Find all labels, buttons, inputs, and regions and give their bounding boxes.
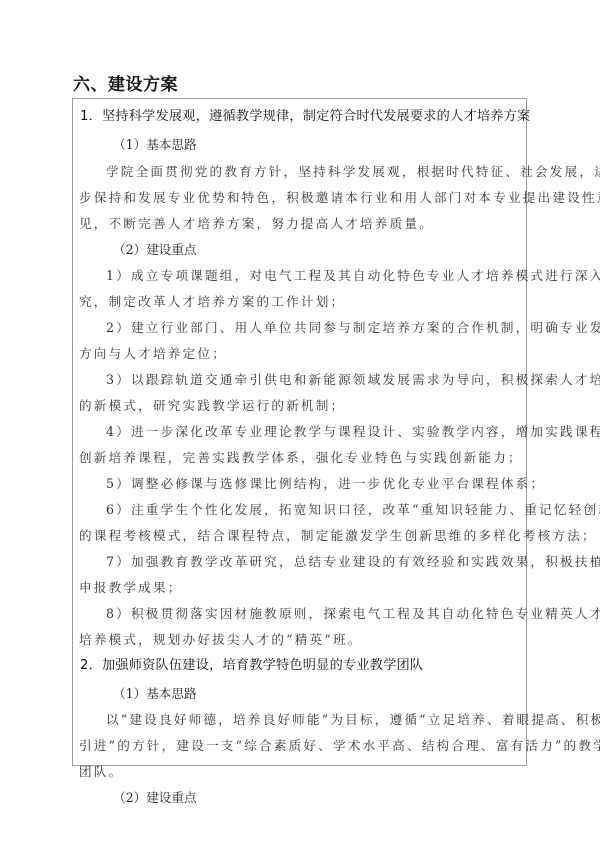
list-item-cont: 究，制定改革人才培养方案的工作计划； — [73, 291, 526, 310]
section-title: 六、建设方案 — [73, 70, 178, 95]
paragraph-line: 团队。 — [73, 761, 526, 780]
section-2-sub1-title: （1）基本思路 — [73, 683, 526, 702]
list-item: 7）加强教育教学改革研究，总结专业建设的有效经验和实践效果，积极扶植和 — [73, 551, 526, 570]
list-item: 5）调整必修课与选修课比例结构，进一步优化专业平台课程体系； — [73, 473, 526, 492]
list-item-cont: 创新培养课程，完善实践教学体系，强化专业特色与实践创新能力； — [73, 447, 526, 466]
section-1-heading: 1．坚持科学发展观，遵循教学规律，制定符合时代发展要求的人才培养方案 — [73, 105, 526, 124]
content-box: 1．坚持科学发展观，遵循教学规律，制定符合时代发展要求的人才培养方案 （1）基本… — [72, 98, 527, 766]
paragraph-line: 步保持和发展专业优势和特色，积极邀请本行业和用人部门对本专业提出建设性意 — [73, 187, 526, 206]
list-item-cont: 申报教学成果； — [73, 577, 526, 596]
list-item: 2）建立行业部门、用人单位共同参与制定培养方案的合作机制，明确专业发展 — [73, 317, 526, 336]
list-item: 3）以跟踪轨道交通牵引供电和新能源领域发展需求为导向，积极探索人才培养 — [73, 369, 526, 388]
paragraph-line: 学院全面贯彻党的教育方针，坚持科学发展观，根据时代特征、社会发展，进一 — [73, 161, 526, 180]
section-1-sub1-title: （1）基本思路 — [73, 134, 526, 153]
list-item-cont: 方向与人才培养定位； — [73, 343, 526, 362]
section-2-sub2-title: （2）建设重点 — [73, 787, 526, 806]
list-item: 4）进一步深化改革专业理论教学与课程设计、实验教学内容，增加实践课程和 — [73, 421, 526, 440]
section-2-heading: 2．加强师资队伍建设，培育教学特色明显的专业教学团队 — [73, 654, 526, 673]
paragraph-line: 以“建设良好师德，培养良好师能”为目标，遵循“立足培养、着眼提高、积极 — [73, 709, 526, 728]
paragraph-line: 见，不断完善人才培养方案，努力提高人才培养质量。 — [73, 213, 526, 232]
paragraph-line: 引进”的方针，建设一支“综合素质好、学术水平高、结构合理、富有活力”的教学 — [73, 735, 526, 754]
list-item-cont: 的课程考核模式，结合课程特点，制定能激发学生创新思维的多样化考核方法； — [73, 525, 526, 544]
list-item-cont: 的新模式，研究实践教学运行的新机制； — [73, 395, 526, 414]
list-item: 6）注重学生个性化发展，拓宽知识口径，改革“重知识轻能力、重记忆轻创新” — [73, 499, 526, 518]
section-1-sub2-title: （2）建设重点 — [73, 239, 526, 258]
list-item: 8）积极贯彻落实因材施教原则，探索电气工程及其自动化特色专业精英人才的 — [73, 603, 526, 622]
list-item-cont: 培养模式，规划办好拔尖人才的“精英”班。 — [73, 629, 526, 648]
list-item: 1）成立专项课题组，对电气工程及其自动化特色专业人才培养模式进行深入研 — [73, 265, 526, 284]
